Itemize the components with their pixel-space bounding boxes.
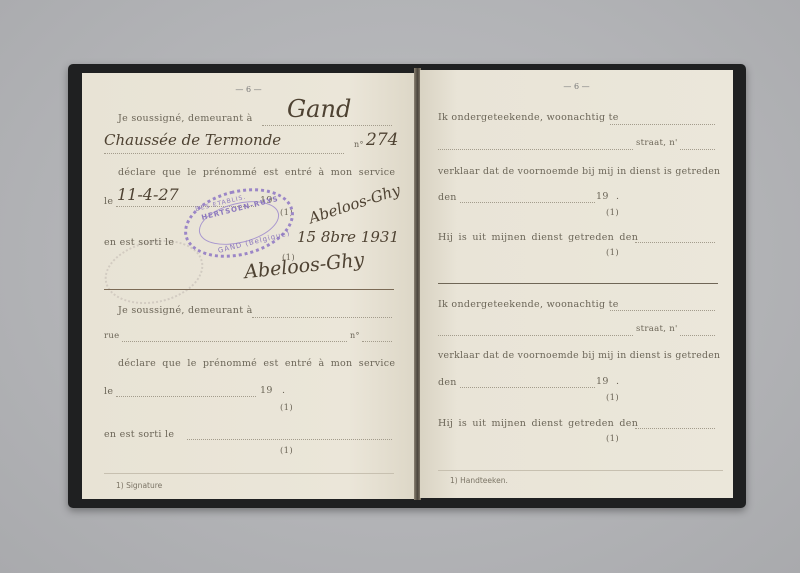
exit-date-field <box>187 439 392 440</box>
street-label: straat, n' <box>636 324 678 334</box>
signature-note: (1) <box>280 403 293 413</box>
right-page: — 6 — Ik ondergeteekende, woonachtig te … <box>420 70 733 498</box>
entry-declaration: déclare que le prénommé est entré à mon … <box>118 167 395 178</box>
number-field <box>680 149 715 150</box>
page-number: — 6 — <box>82 85 415 94</box>
signature-note: (1) <box>606 434 619 444</box>
signature-note: (1) <box>280 446 293 456</box>
footnote: 1) Signature <box>116 481 162 490</box>
footnote-divider <box>104 473 394 474</box>
handwritten-signature: Abeloos-Ghy <box>307 181 403 227</box>
residence-field <box>610 124 715 125</box>
handwritten-city: Gand <box>287 95 351 123</box>
entry-declaration: déclare que le prénommé est entré à mon … <box>118 358 395 369</box>
residence-label: Je soussigné, demeurant à <box>118 305 253 316</box>
street-field <box>122 341 347 342</box>
signature-note: (1) <box>606 208 619 218</box>
number-field <box>680 335 715 336</box>
exit-date-label: en est sorti le <box>104 429 174 440</box>
page-number: — 6 — <box>420 82 733 91</box>
street-field <box>438 335 633 336</box>
street-field <box>438 149 633 150</box>
signature-note: (1) <box>606 248 619 258</box>
entry-year: 19 <box>596 191 609 202</box>
exit-date-label: Hij is uit mijnen dienst getreden den <box>438 418 638 429</box>
exit-date-field <box>635 428 715 429</box>
number-label: n° <box>350 331 360 340</box>
entry-date-field <box>460 202 595 203</box>
residence-field <box>252 317 392 318</box>
street-label: straat, n' <box>636 138 678 148</box>
exit-date-label: en est sorti le <box>104 237 174 248</box>
signature-note: (1) <box>606 393 619 403</box>
left-page: — 6 — Je soussigné, demeurant à Gand Cha… <box>82 73 415 499</box>
handwritten-entry-date: 11-4-27 <box>117 185 179 204</box>
exit-date-field <box>635 242 715 243</box>
entry-declaration: verklaar dat de voornoemde bij mij in di… <box>438 350 720 361</box>
footnote-divider <box>438 470 723 471</box>
residence-field <box>262 125 392 126</box>
entry-declaration: verklaar dat de voornoemde bij mij in di… <box>438 166 720 177</box>
entry-year: 19 <box>260 385 273 396</box>
residence-field <box>610 310 715 311</box>
period: . <box>282 385 285 396</box>
entry-date-label: le <box>104 196 113 207</box>
footnote: 1) Handteeken. <box>450 476 508 485</box>
residence-label: Je soussigné, demeurant à <box>118 113 253 124</box>
number-field <box>362 341 392 342</box>
residence-label: Ik ondergeteekende, woonachtig te <box>438 112 619 123</box>
period: . <box>616 376 619 387</box>
entry-date-label: den <box>438 192 457 203</box>
entry-date-field <box>116 396 256 397</box>
number-label: n° <box>354 140 364 149</box>
section-divider <box>104 289 394 290</box>
exit-date-label: Hij is uit mijnen dienst getreden den <box>438 232 638 243</box>
entry-year: 19 <box>596 376 609 387</box>
handwritten-exit-date: 15 8bre 1931 <box>297 228 399 246</box>
street-label: rue <box>104 331 119 341</box>
entry-date-label: den <box>438 377 457 388</box>
period: . <box>616 191 619 202</box>
residence-label: Ik ondergeteekende, woonachtig te <box>438 299 619 310</box>
handwritten-street: Chaussée de Termonde <box>104 131 281 149</box>
section-divider <box>438 283 718 284</box>
entry-date-label: le <box>104 386 113 397</box>
street-field <box>104 153 344 154</box>
handwritten-signature: Abeloos-Ghy <box>243 249 365 283</box>
entry-date-field <box>460 387 595 388</box>
handwritten-number: 274 <box>366 130 398 150</box>
